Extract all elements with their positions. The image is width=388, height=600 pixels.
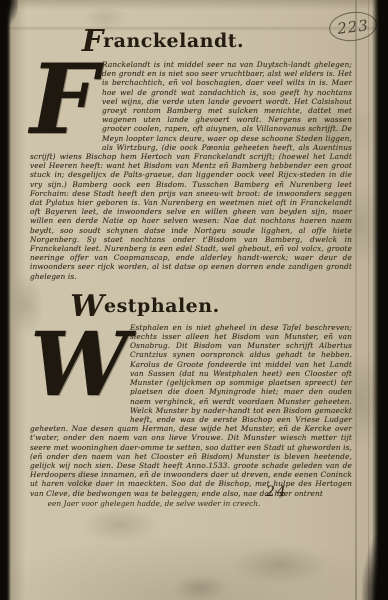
book-corner-bottom-right [362,530,388,600]
page-edge-line [368,0,369,600]
book-edge-right [372,0,388,600]
book-page-photo: 223 Franckelandt. FRanckelandt is int mi… [0,0,388,600]
drop-cap-w: W [30,325,122,417]
section-title-initial: W [70,289,104,324]
section-title-westphalen: Westphalen. [0,295,306,317]
paragraph-franckelandt: FRanckelandt is int middel seer na van D… [30,60,352,281]
section-title-initial: F [82,24,103,59]
section-title-rest: estphalen. [104,295,220,317]
paragraph-westphalen: WEstphalen en is niet gheheel in dese Ta… [30,323,352,498]
drop-cap-f: F [30,62,94,142]
book-edge-left [0,0,11,600]
page-crease-line [355,0,357,600]
book-corner-top-left [0,0,18,26]
page-content: Franckelandt. FRanckelandt is int middel… [30,30,352,508]
section-title-rest: ranckelandt. [103,30,244,52]
section-title-franckelandt: Franckelandt. [2,30,324,52]
page-number: 24 [266,484,288,500]
paragraph-westphalen-closing-line: een Jaer voor ghelegen hadde, de selve w… [0,499,315,508]
